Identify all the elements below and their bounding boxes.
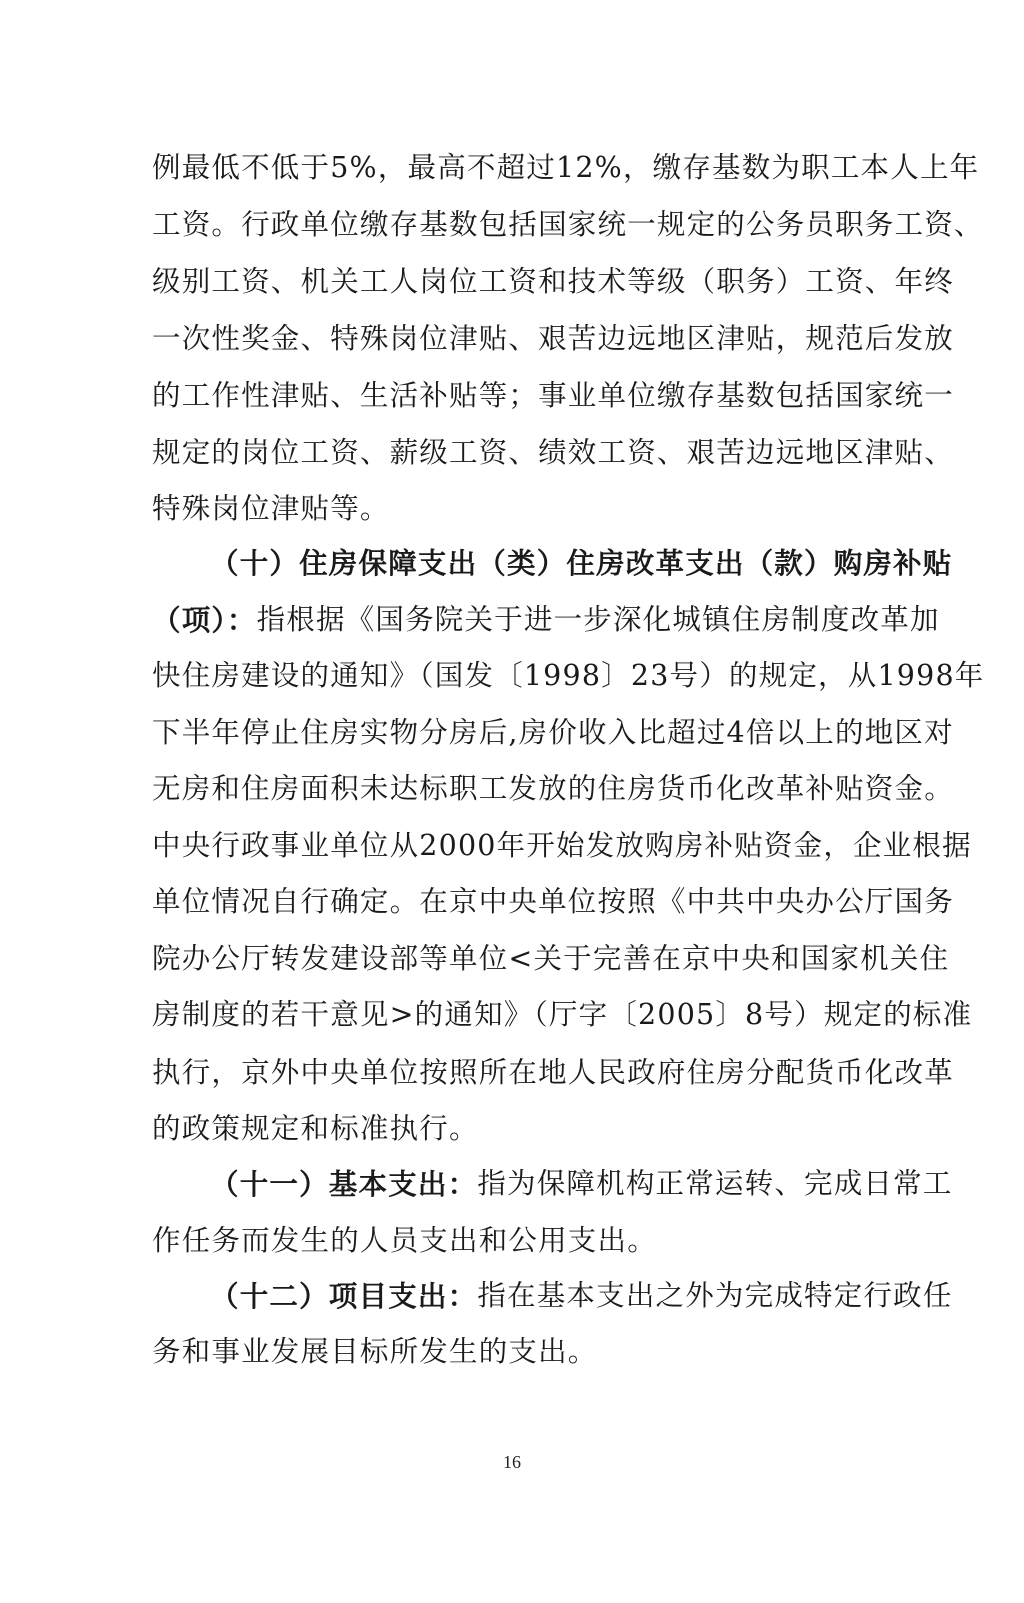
page-number: 16 — [0, 1452, 1024, 1473]
text-line: 中央行政事业单位从2000年开始发放购房补贴资金，企业根据 — [152, 826, 882, 866]
text-line: （十一）基本支出： 指为保障机构正常运转、完成日常工 — [210, 1164, 882, 1204]
section-heading-10: （十）住房保障支出（类）住房改革支出（款）购房补贴 — [210, 543, 882, 583]
text-line: 单位情况自行确定。在京中央单位按照《中共中央办公厅国务 — [152, 882, 882, 922]
text-line-rest: 指根据《国务院关于进一步深化城镇住房制度改革加 — [257, 600, 940, 640]
text-line: 例最低不低于5%，最高不超过12%，缴存基数为职工本人上年 — [152, 148, 882, 188]
text-line: 院办公厅转发建设部等单位<关于完善在京中央和国家机关住 — [152, 939, 882, 979]
text-line-rest: 指为保障机构正常运转、完成日常工 — [477, 1164, 952, 1204]
text-line: 快住房建设的通知》（国发〔1998〕23号）的规定，从1998年 — [152, 656, 882, 696]
text-line: 执行，京外中央单位按照所在地人民政府住房分配货币化改革 — [152, 1053, 882, 1093]
text-line: 务和事业发展目标所发生的支出。 — [152, 1332, 882, 1372]
text-line-rest: 指在基本支出之外为完成特定行政任 — [477, 1276, 952, 1316]
text-line: 作任务而发生的人员支出和公用支出。 — [152, 1221, 882, 1261]
text-line: 一次性奖金、特殊岗位津贴、艰苦边远地区津贴，规范后发放 — [152, 319, 882, 359]
text-line: 特殊岗位津贴等。 — [152, 489, 882, 529]
text-line: 的政策规定和标准执行。 — [152, 1109, 882, 1149]
text-line: 工资。行政单位缴存基数包括国家统一规定的公务员职务工资、 — [152, 205, 882, 245]
text-line: 级别工资、机关工人岗位工资和技术等级（职务）工资、年终 — [152, 262, 882, 302]
text-line: （项）： 指根据《国务院关于进一步深化城镇住房制度改革加 — [152, 600, 882, 640]
text-line: 的工作性津贴、生活补贴等；事业单位缴存基数包括国家统一 — [152, 376, 882, 416]
section-heading-12: （十二）项目支出： — [210, 1276, 477, 1316]
section-heading-11: （十一）基本支出： — [210, 1164, 477, 1204]
section-heading-10-cont: （项）： — [152, 600, 257, 640]
document-page: 例最低不低于5%，最高不超过12%，缴存基数为职工本人上年 工资。行政单位缴存基… — [0, 0, 1024, 1603]
text-line: 房制度的若干意见>的通知》（厅字〔2005〕8号）规定的标准 — [152, 995, 882, 1035]
text-line: 无房和住房面积未达标职工发放的住房货币化改革补贴资金。 — [152, 769, 882, 809]
text-line: （十二）项目支出： 指在基本支出之外为完成特定行政任 — [210, 1276, 882, 1316]
text-line: 下半年停止住房实物分房后,房价收入比超过4倍以上的地区对 — [152, 713, 882, 753]
text-line: 规定的岗位工资、薪级工资、绩效工资、艰苦边远地区津贴、 — [152, 433, 882, 473]
